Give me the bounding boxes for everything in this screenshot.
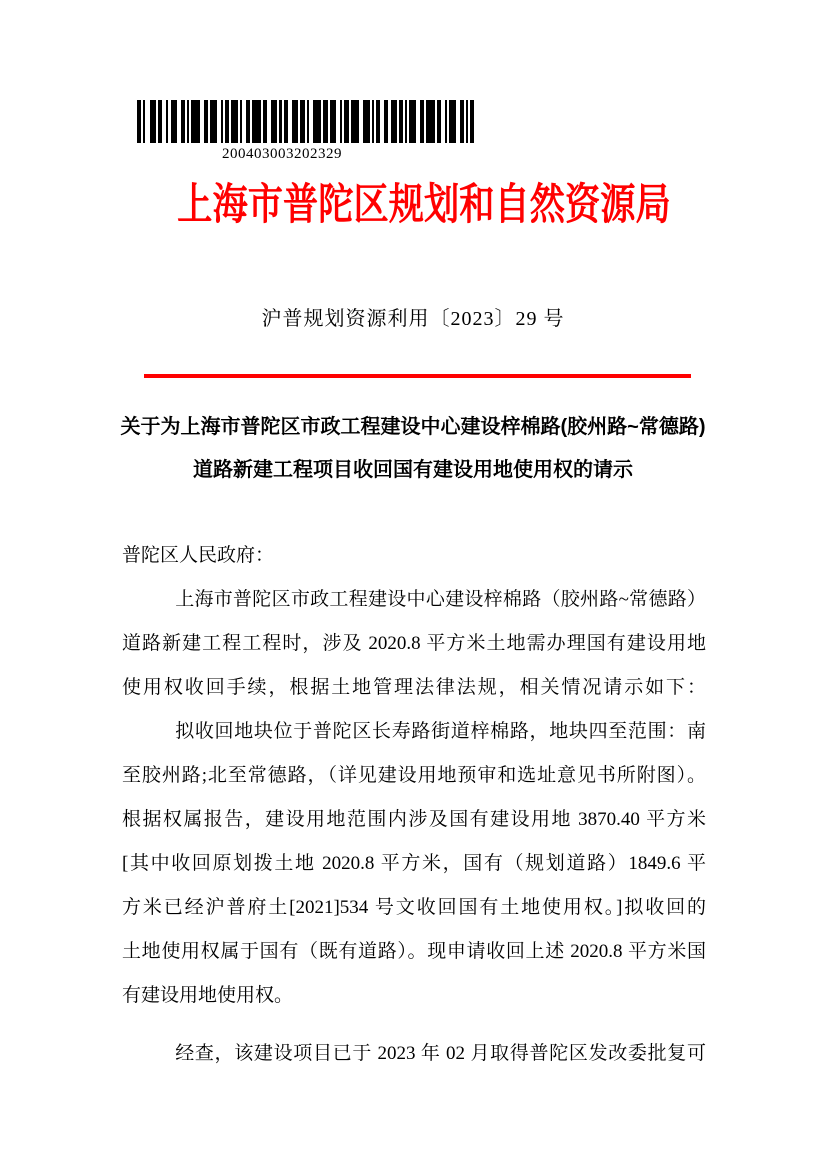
barcode-number: 200403003202329 <box>137 146 427 163</box>
agency-title: 上海市普陀区规划和自然资源局 <box>85 171 762 232</box>
barcode: 200403003202329 <box>137 100 427 163</box>
body-line: 有建设用地使用权。 <box>122 974 706 1018</box>
red-divider-line <box>144 374 691 378</box>
body-line: 方米已经沪普府土[2021]534 号文收回国有土地使用权。]拟收回的 <box>122 886 706 930</box>
body-line: 上海市普陀区市政工程建设中心建设梓棉路（胶州路~常德路） <box>122 578 706 622</box>
barcode-bar <box>252 100 260 143</box>
subject-line-2: 道路新建工程项目收回国有建设用地使用权的请示 <box>0 449 826 492</box>
barcode-bar <box>191 100 199 143</box>
body-text: 普陀区人民政府：上海市普陀区市政工程建设中心建设梓棉路（胶州路~常德路）道路新建… <box>122 534 706 1076</box>
body-line: 拟收回地块位于普陀区长寿路街道梓棉路，地块四至范围：南 <box>122 710 706 754</box>
body-line: 至胶州路;北至常德路，（详见建设用地预审和选址意见书所附图）。 <box>122 754 706 798</box>
body-line: 土地使用权属于国有（既有道路）。现申请收回上述 2020.8 平方米国 <box>122 930 706 974</box>
barcode-bars <box>137 100 427 143</box>
document-page: 200403003202329 上海市普陀区规划和自然资源局 沪普规划资源利用〔… <box>0 0 826 1169</box>
barcode-bar <box>470 100 474 143</box>
barcode-bar <box>313 100 321 143</box>
barcode-bar <box>351 100 359 143</box>
body-line: 普陀区人民政府： <box>122 534 706 578</box>
body-line: [其中收回原划拨土地 2020.8 平方米，国有（规划道路）1849.6 平 <box>122 842 706 886</box>
body-line: 道路新建工程工程时，涉及 2020.8 平方米土地需办理国有建设用地 <box>122 622 706 666</box>
body-line: 根据权属报告，建设用地范围内涉及国有建设用地 3870.40 平方米 <box>122 798 706 842</box>
body-line: 经查，该建设项目已于 2023 年 02 月取得普陀区发改委批复可 <box>122 1032 706 1076</box>
doc-number: 沪普规划资源利用〔2023〕29 号 <box>0 302 826 331</box>
barcode-bar <box>426 100 434 143</box>
subject-title: 关于为上海市普陀区市政工程建设中心建设梓棉路(胶州路~常德路) 道路新建工程项目… <box>0 406 826 492</box>
body-line: 使用权收回手续，根据土地管理法律法规，相关情况请示如下： <box>122 666 706 710</box>
subject-line-1: 关于为上海市普陀区市政工程建设中心建设梓棉路(胶州路~常德路) <box>0 406 826 449</box>
